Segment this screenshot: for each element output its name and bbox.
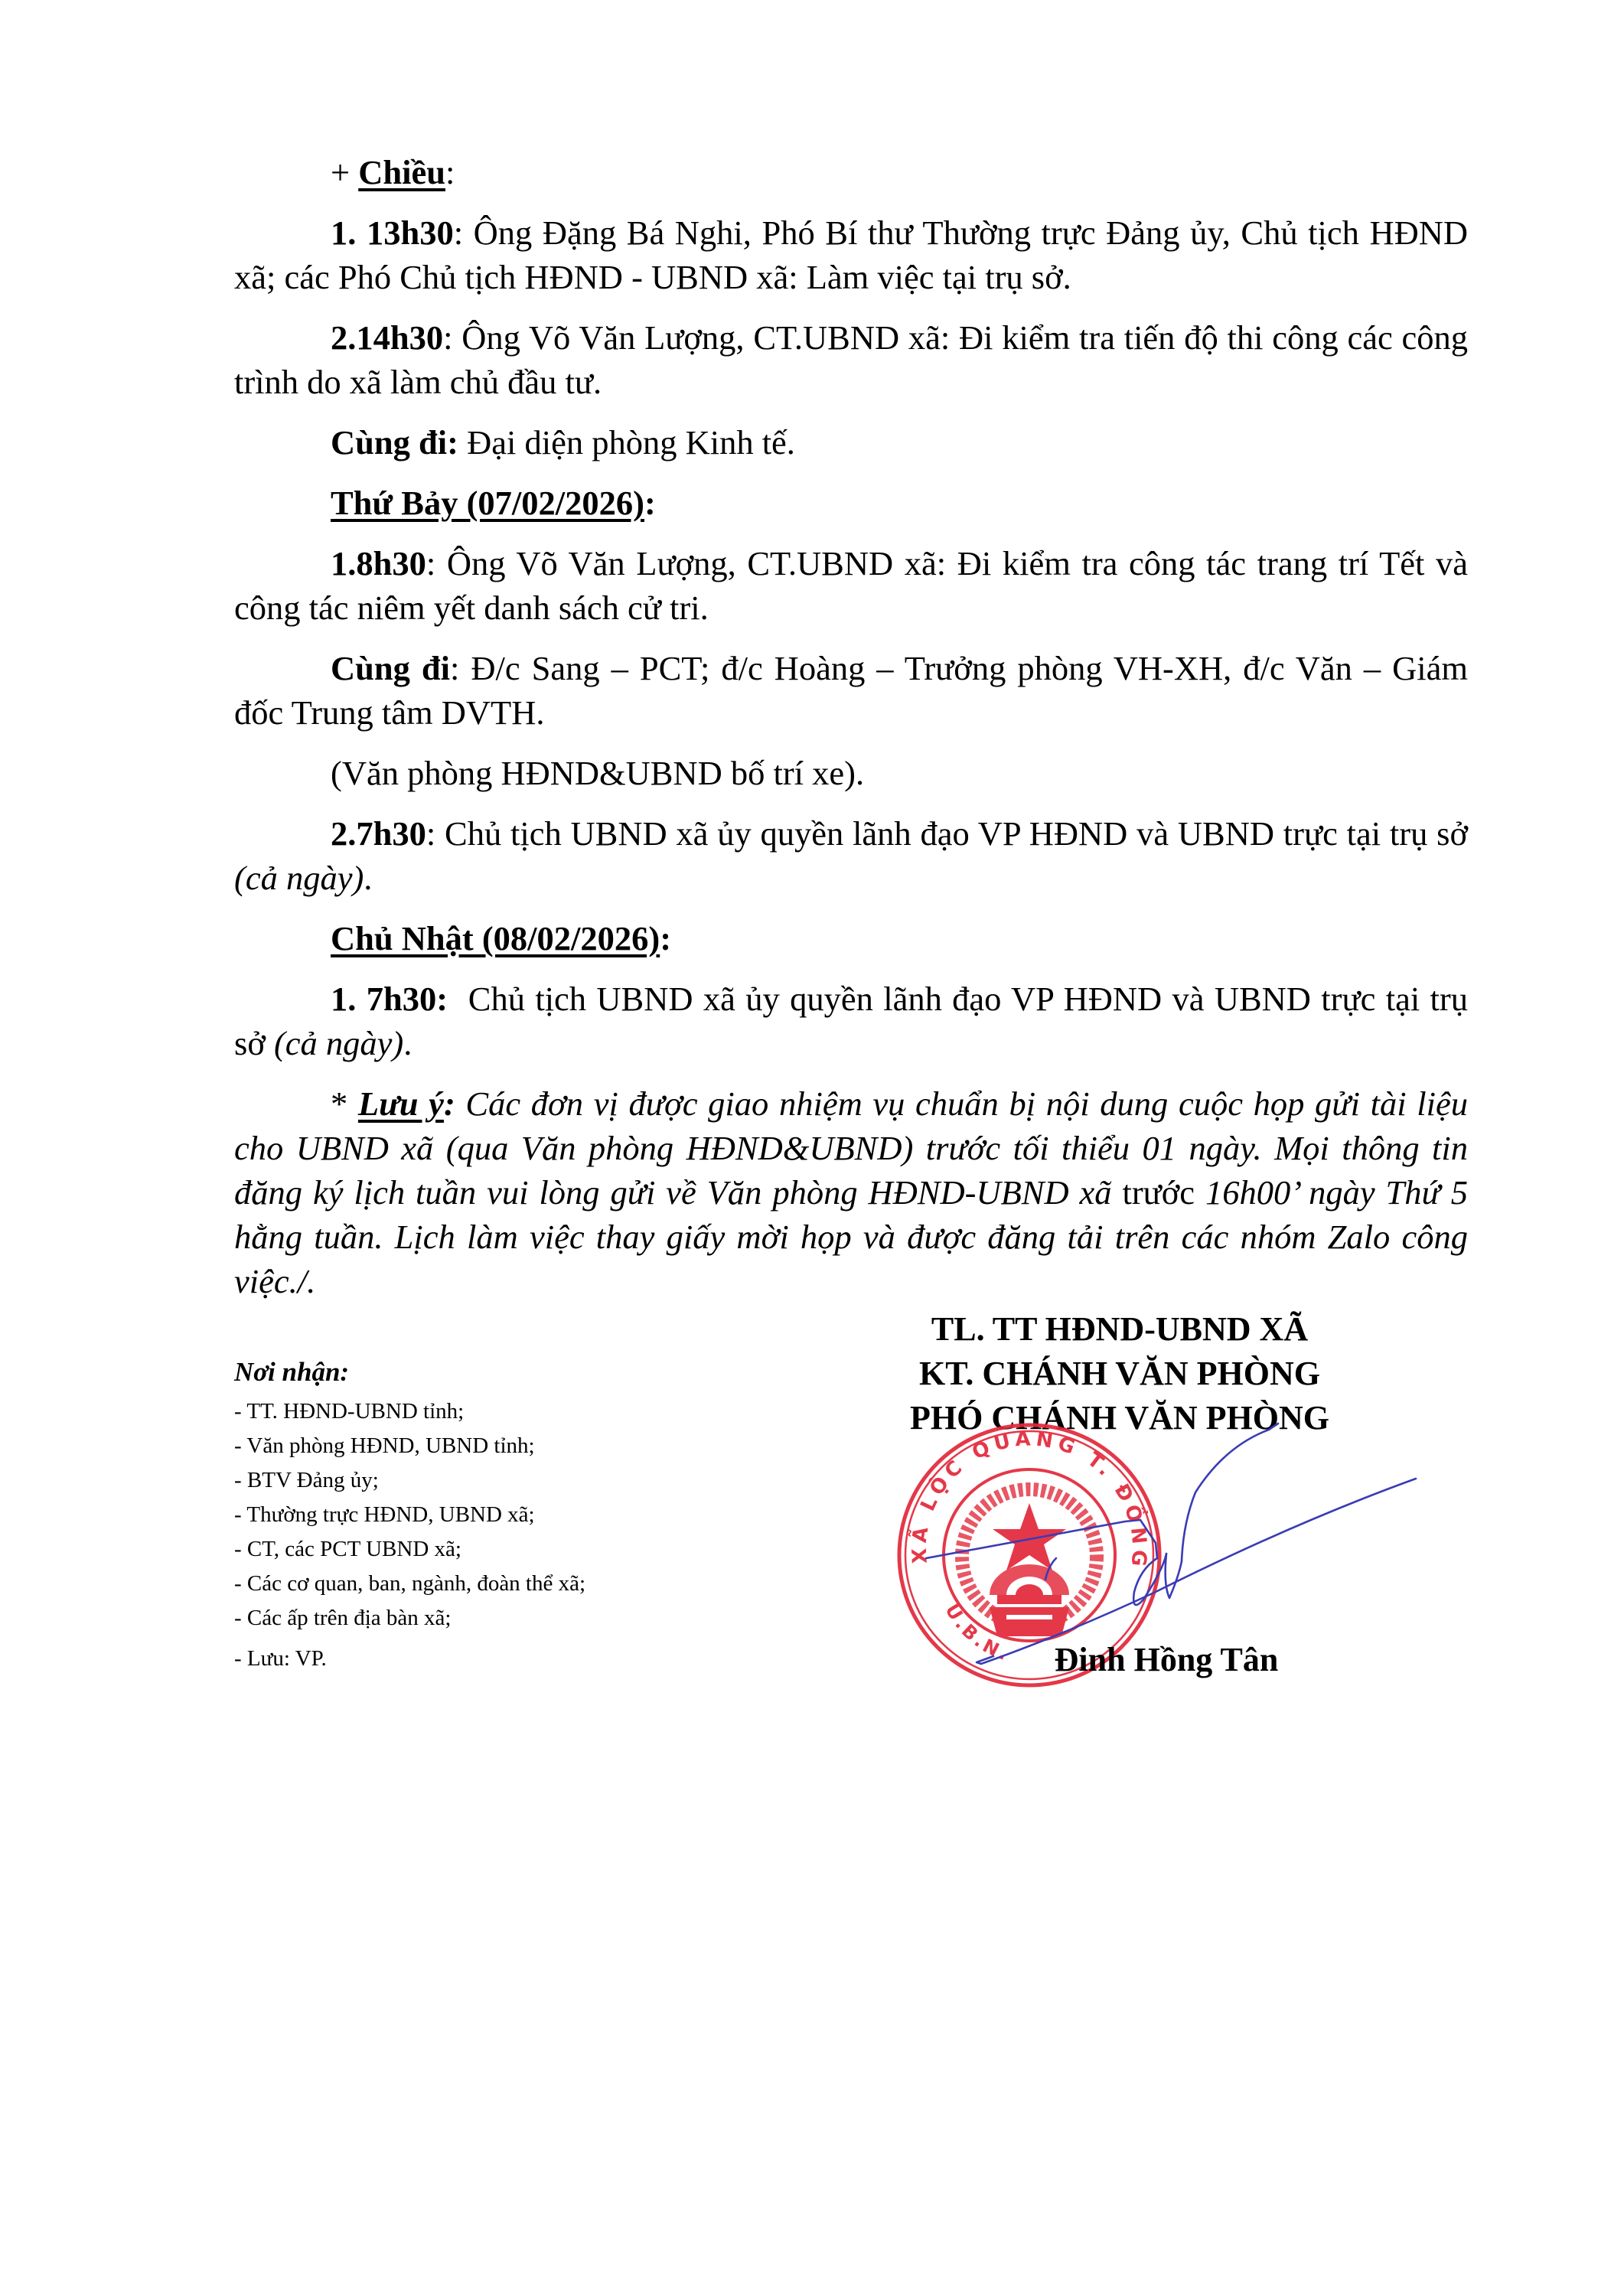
recipients-title: Nơi nhận: bbox=[234, 1355, 846, 1390]
asterisk: * bbox=[331, 1084, 358, 1123]
sunday-heading: Chủ Nhật (08/02/2026): bbox=[234, 916, 1468, 960]
saturday-item-1: 1.8h30: Ông Võ Văn Lượng, CT.UBND xã: Đi… bbox=[234, 541, 1468, 630]
sign-title-line: KT. CHÁNH VĂN PHÒNG bbox=[865, 1352, 1375, 1396]
period: . bbox=[364, 859, 372, 897]
note-paragraph: * Lưu ý: Các đơn vị được giao nhiệm vụ c… bbox=[234, 1081, 1468, 1303]
sunday-item-1: 1. 7h30: Chủ tịch UBND xã ủy quyền lãnh … bbox=[234, 977, 1468, 1065]
saturday-vehicle-note: (Văn phòng HĐND&UBND bố trí xe). bbox=[234, 751, 1468, 795]
afternoon-item-1: 1. 13h30: Ông Đặng Bá Nghi, Phó Bí thư T… bbox=[234, 210, 1468, 299]
item-italic: (cả ngày) bbox=[234, 859, 364, 897]
handwritten-signature-icon bbox=[911, 1408, 1446, 1684]
period: . bbox=[403, 1024, 412, 1062]
saturday-item-2: 2.7h30: Chủ tịch UBND xã ủy quyền lãnh đ… bbox=[234, 811, 1468, 900]
accompany-label: Cùng đi bbox=[331, 649, 450, 687]
saturday-accompany: Cùng đi: Đ/c Sang – PCT; đ/c Hoàng – Trư… bbox=[234, 646, 1468, 735]
recipient-item: - Thường trực HĐND, UBND xã; bbox=[234, 1498, 846, 1532]
item-time: 1. 13h30 bbox=[331, 214, 454, 252]
sign-title-line: TL. TT HĐND-UBND XÃ bbox=[865, 1307, 1375, 1352]
recipient-item: - Lưu: VP. bbox=[234, 1642, 846, 1676]
item-time: 2.14h30 bbox=[331, 318, 443, 357]
accompany-text: Đại diện phòng Kinh tế. bbox=[458, 423, 795, 461]
recipient-item: - Các cơ quan, ban, ngành, đoàn thể xã; bbox=[234, 1567, 846, 1601]
recipient-item: - Văn phòng HĐND, UBND tỉnh; bbox=[234, 1429, 846, 1463]
item-italic: (cả ngày) bbox=[274, 1024, 403, 1062]
afternoon-item-2: 2.14h30: Ông Võ Văn Lượng, CT.UBND xã: Đ… bbox=[234, 315, 1468, 404]
afternoon-label: Chiều bbox=[358, 153, 445, 191]
document-page: + Chiều: 1. 13h30: Ông Đặng Bá Nghi, Phó… bbox=[0, 0, 1624, 2296]
colon: : bbox=[644, 484, 656, 522]
afternoon-accompany: Cùng đi: Đại diện phòng Kinh tế. bbox=[234, 420, 1468, 465]
afternoon-heading: + Chiều: bbox=[234, 150, 1468, 194]
recipient-item: - Các ấp trên địa bàn xã; bbox=[234, 1601, 846, 1636]
note-text-upright: trước bbox=[1112, 1173, 1195, 1212]
day-heading: Chủ Nhật (08/02/2026) bbox=[331, 919, 660, 957]
item-time: 1.8h30 bbox=[331, 544, 426, 582]
bullet-plus: + bbox=[331, 153, 358, 191]
item-time: 2.7h30 bbox=[331, 814, 426, 853]
document-body: + Chiều: 1. 13h30: Ông Đặng Bá Nghi, Phó… bbox=[234, 150, 1468, 1319]
note-label: Lưu ý bbox=[358, 1084, 444, 1123]
colon: : bbox=[660, 919, 671, 957]
vehicle-note: (Văn phòng HĐND&UBND bố trí xe). bbox=[331, 754, 864, 792]
saturday-heading: Thứ Bảy (07/02/2026): bbox=[234, 481, 1468, 525]
day-heading: Thứ Bảy (07/02/2026) bbox=[331, 484, 644, 522]
recipient-item: - TT. HĐND-UBND tỉnh; bbox=[234, 1394, 846, 1429]
recipient-item: - CT, các PCT UBND xã; bbox=[234, 1532, 846, 1567]
colon: : bbox=[444, 1084, 455, 1123]
colon: : bbox=[445, 153, 455, 191]
item-text: : Chủ tịch UBND xã ủy quyền lãnh đạo VP … bbox=[426, 814, 1468, 853]
item-time: 1. 7h30: bbox=[331, 980, 448, 1018]
recipients-block: Nơi nhận: - TT. HĐND-UBND tỉnh; - Văn ph… bbox=[234, 1355, 846, 1676]
recipient-item: - BTV Đảng ủy; bbox=[234, 1463, 846, 1498]
accompany-label: Cùng đi: bbox=[331, 423, 458, 461]
